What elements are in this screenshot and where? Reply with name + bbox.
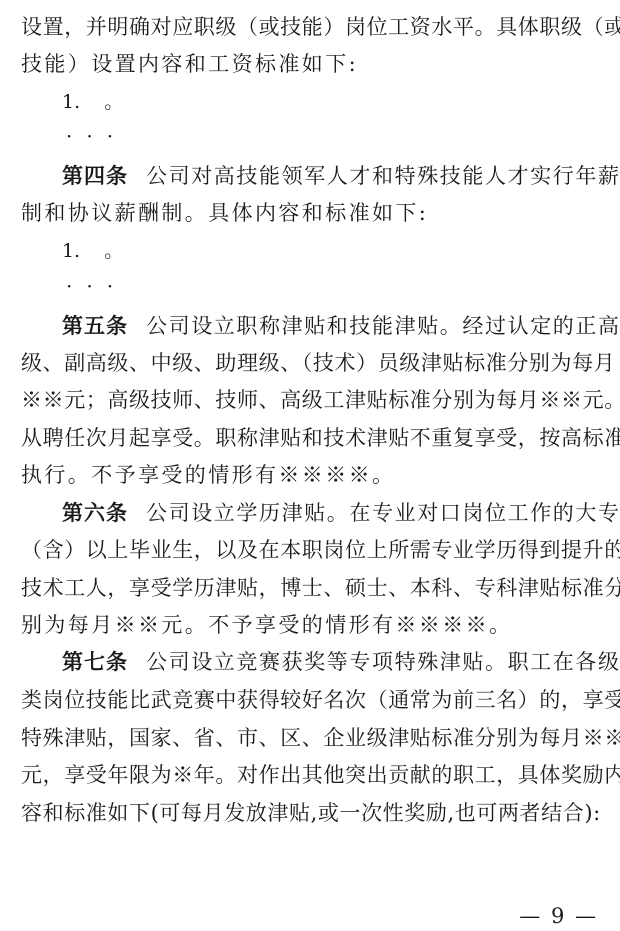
article-title: 第七条	[62, 650, 128, 674]
article-text: 公司设立竞赛获奖等专项特殊津贴。职工在各级各	[146, 650, 620, 674]
ellipsis: ···	[66, 276, 127, 296]
text-line: 元，享受年限为※年。对作出其他突出贡献的职工，具体奖励内	[21, 762, 599, 788]
article-text: 公司设立职称津贴和技能津贴。经过认定的正高	[146, 314, 620, 338]
text-line: 设置，并明确对应职级（或技能）岗位工资水平。具体职级（或	[21, 14, 599, 40]
text-line: 别为每月※※元。不予享受的情形有※※※※。	[21, 612, 599, 638]
article-text: 公司设立学历津贴。在专业对口岗位工作的大专	[146, 501, 620, 525]
text-line: 技术工人，享受学历津贴，博士、硕士、本科、专科津贴标准分	[21, 575, 599, 601]
text-line: （含）以上毕业生，以及在本职岗位上所需专业学历得到提升的	[21, 537, 599, 563]
article-paragraph: 第五条公司设立职称津贴和技能津贴。经过认定的正高	[62, 313, 599, 339]
document-page: 设置，并明确对应职级（或技能）岗位工资水平。具体职级（或技能）设置内容和工资标准…	[0, 0, 620, 931]
article-text: 公司对高技能领军人才和特殊技能人才实行年薪	[146, 164, 620, 188]
text-line: 技能）设置内容和工资标准如下:	[21, 51, 599, 77]
article-paragraph: 第六条公司设立学历津贴。在专业对口岗位工作的大专	[62, 500, 599, 526]
ellipsis: ···	[66, 126, 127, 146]
text-line: 特殊津贴，国家、省、市、区、企业级津贴标准分别为每月※※	[21, 725, 599, 751]
article-title: 第四条	[62, 164, 128, 188]
list-item: 1. 。	[62, 90, 123, 114]
article-title: 第五条	[62, 314, 128, 338]
text-line: 制和协议薪酬制。具体内容和标准如下:	[21, 200, 599, 226]
article-paragraph: 第四条公司对高技能领军人才和特殊技能人才实行年薪	[62, 163, 599, 189]
page-number: — 9 —	[519, 904, 598, 928]
list-item: 1. 。	[62, 239, 123, 263]
text-line: 容和标准如下(可每月发放津贴,或一次性奖励,也可两者结合):	[21, 800, 599, 826]
text-line: 级、副高级、中级、助理级、（技术）员级津贴标准分别为每月	[21, 350, 599, 376]
article-title: 第六条	[62, 501, 128, 525]
text-line: 执行。不予享受的情形有※※※※。	[21, 462, 599, 488]
article-paragraph: 第七条公司设立竞赛获奖等专项特殊津贴。职工在各级各	[62, 649, 599, 675]
text-line: ※※元；高级技师、技师、高级工津贴标准分别为每月※※元。	[21, 387, 599, 413]
text-line: 从聘任次月起享受。职称津贴和技术津贴不重复享受，按高标准	[21, 425, 599, 451]
text-line: 类岗位技能比武竞赛中获得较好名次（通常为前三名）的，享受	[21, 687, 599, 713]
